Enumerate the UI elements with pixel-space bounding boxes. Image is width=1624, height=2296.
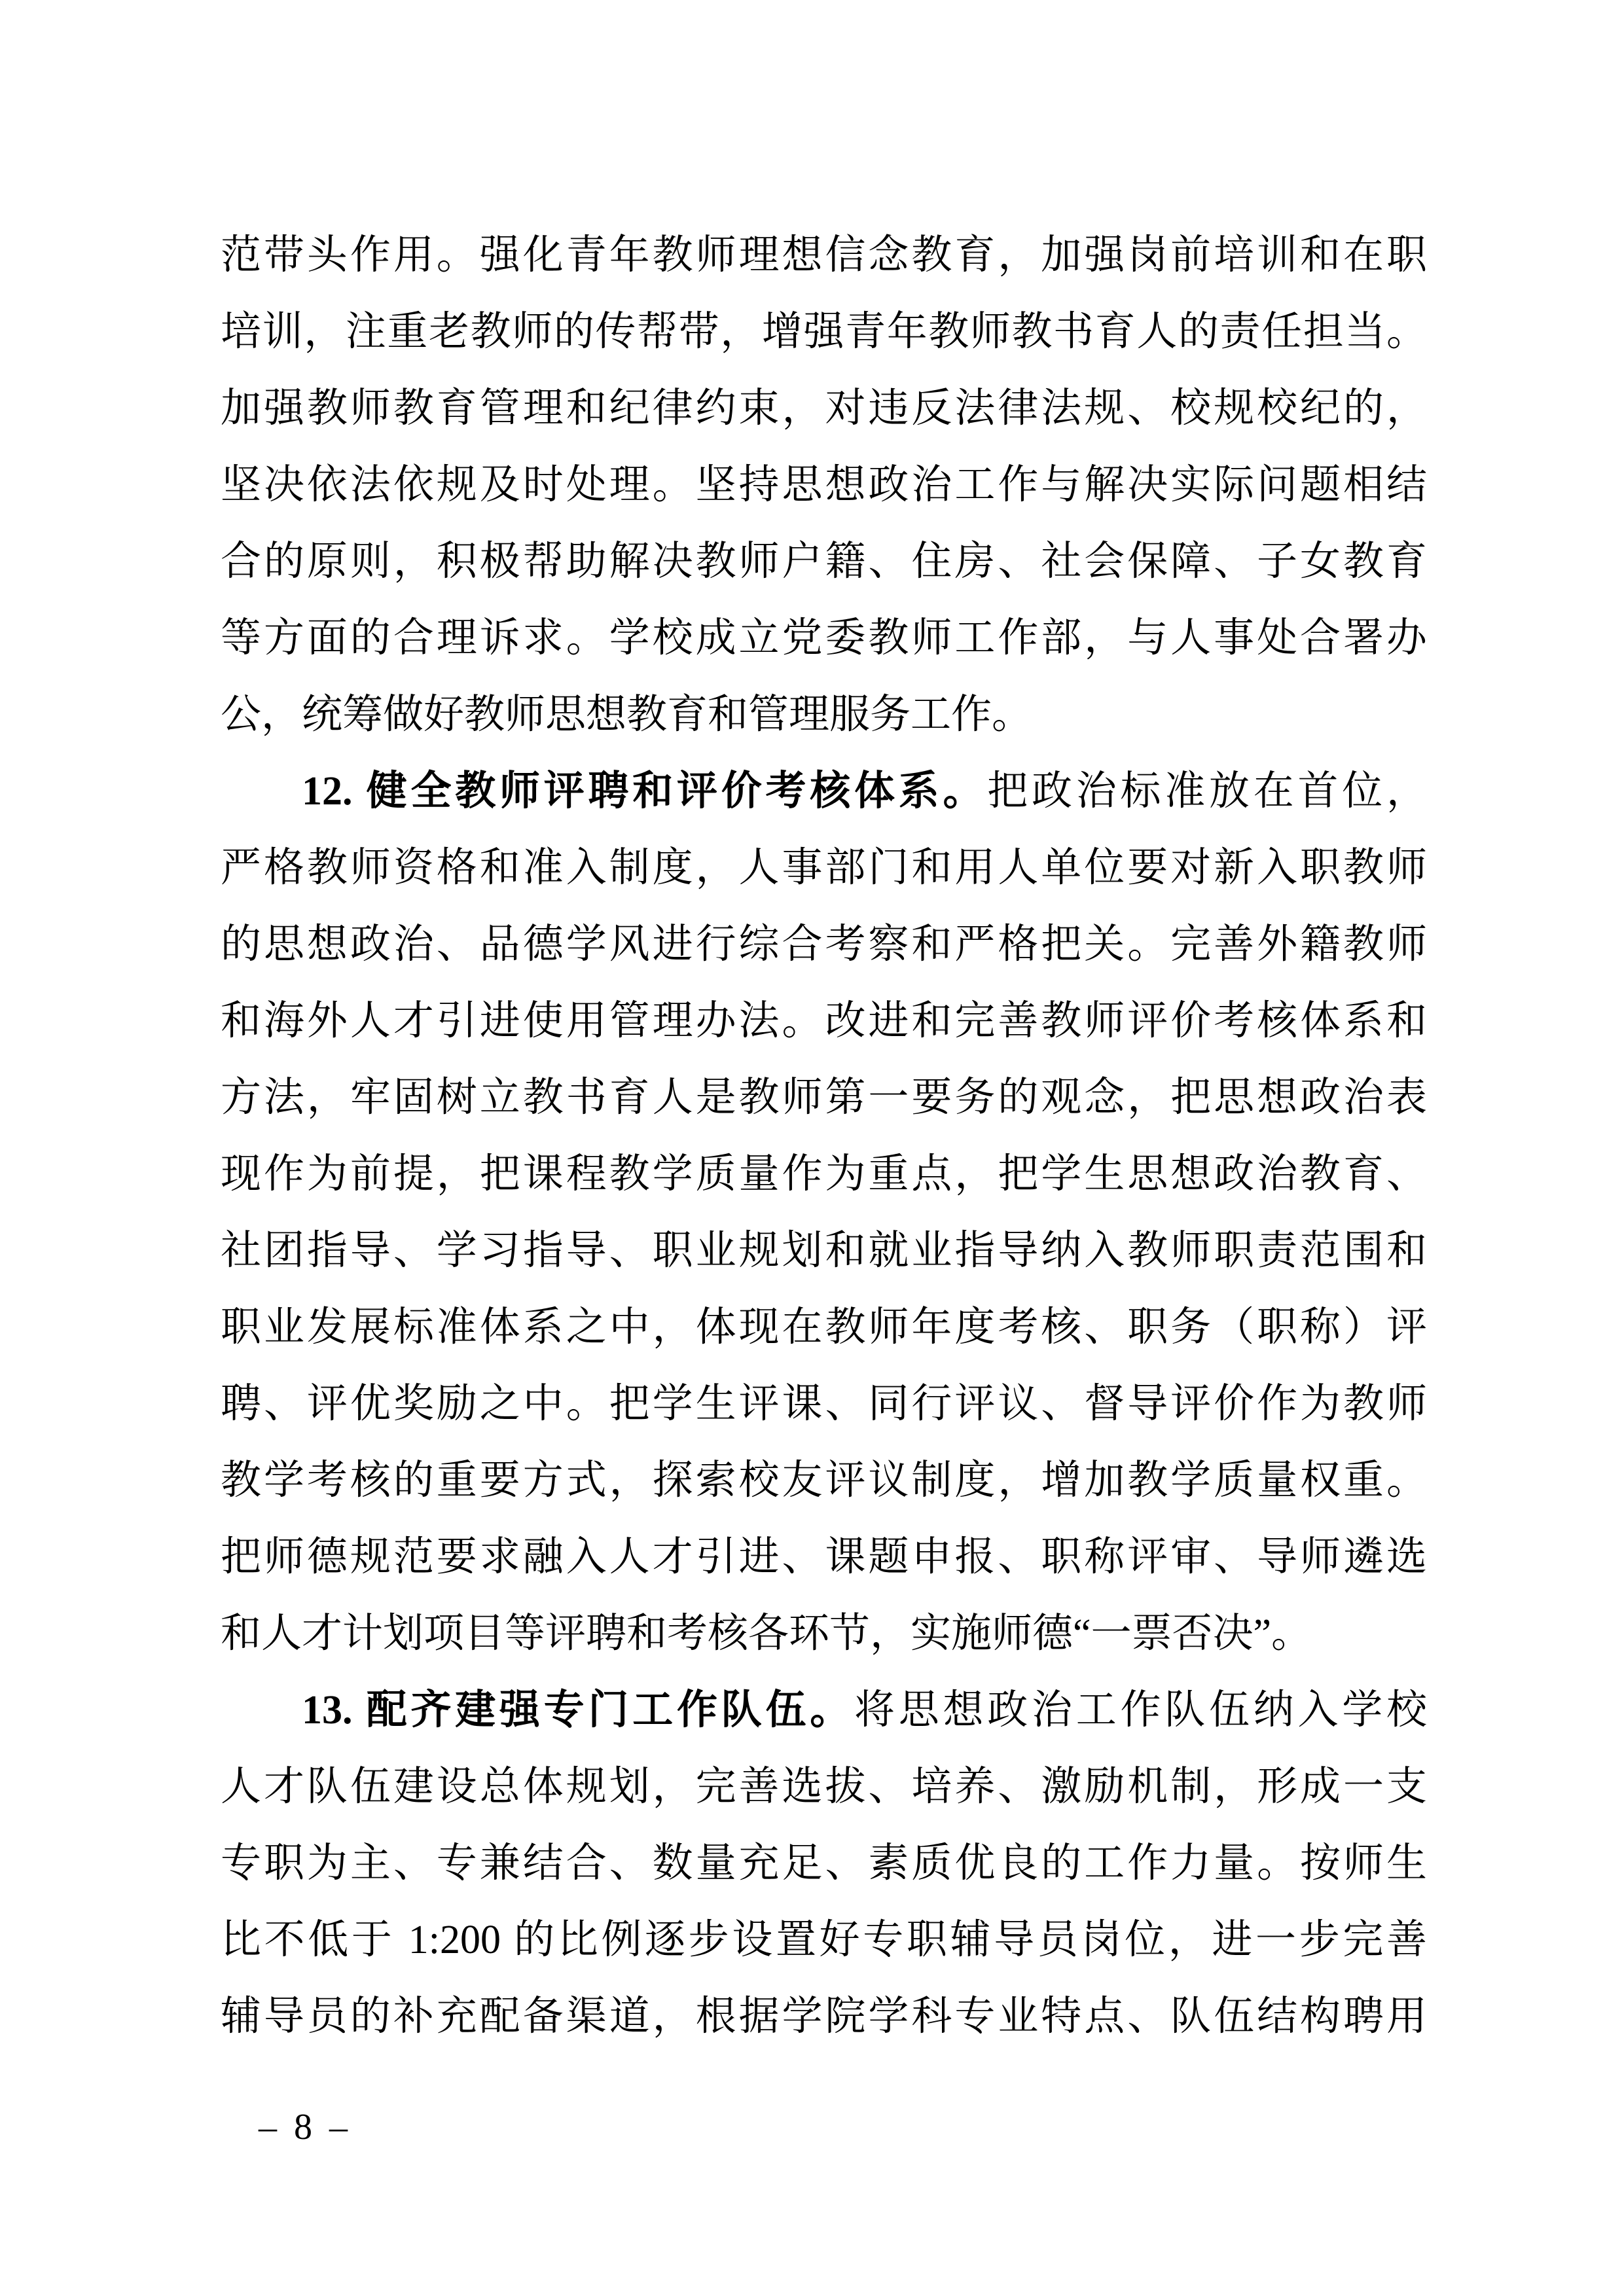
text-line: 和海外人才引进使用管理办法。改进和完善教师评价考核体系和 bbox=[221, 983, 1427, 1060]
line-text: 的思想政治、品德学风进行综合考察和严格把关。完善外籍教师 bbox=[221, 922, 1427, 967]
text-line: 方法，牢固树立教书育人是教师第一要务的观念，把思想政治表 bbox=[221, 1060, 1427, 1136]
page: 范带头作用。强化青年教师理想信念教育，加强岗前培训和在职 培训，注重老教师的传帮… bbox=[0, 0, 1624, 2296]
line-text: 聘、评优奖励之中。把学生评课、同行评议、督导评价作为教师 bbox=[221, 1382, 1427, 1426]
text-line: 聘、评优奖励之中。把学生评课、同行评议、督导评价作为教师 bbox=[221, 1366, 1427, 1443]
text-line: 专职为主、专兼结合、数量充足、素质优良的工作力量。按师生 bbox=[221, 1825, 1427, 1902]
text-line: 辅导员的补充配备渠道，根据学院学科专业特点、队伍结构聘用 bbox=[221, 1979, 1427, 2055]
text-line: 比不低于 1:200 的比例逐步设置好专职辅导员岗位，进一步完善 bbox=[221, 1902, 1427, 1979]
document-page: { "page": { "background": "#ffffff", "te… bbox=[0, 0, 1624, 2296]
text-line: 职业发展标准体系之中，体现在教师年度考核、职务（职称）评 bbox=[221, 1289, 1427, 1366]
text-line: 合的原则，积极帮助解决教师户籍、住房、社会保障、子女教育 bbox=[221, 524, 1427, 600]
line-text: 社团指导、学习指导、职业规划和就业指导纳入教师职责范围和 bbox=[221, 1229, 1427, 1273]
line-text: 专职为主、专兼结合、数量充足、素质优良的工作力量。按师生 bbox=[221, 1841, 1427, 1886]
section-13-heading-line: 13. 配齐建强专门工作队伍。将思想政治工作队伍纳入学校 bbox=[221, 1672, 1427, 1749]
line-text: 坚决依法依规及时处理。坚持思想政治工作与解决实际问题相结 bbox=[221, 463, 1427, 507]
text-line: 人才队伍建设总体规划，完善选拔、培养、激励机制，形成一支 bbox=[221, 1749, 1427, 1825]
line-text: 比不低于 1:200 的比例逐步设置好专职辅导员岗位，进一步完善 bbox=[221, 1918, 1427, 1962]
section-12-heading-line: 12. 健全教师评聘和评价考核体系。把政治标准放在首位， bbox=[221, 753, 1427, 830]
text-line: 把师德规范要求融入人才引进、课题申报、职称评审、导师遴选 bbox=[221, 1519, 1427, 1596]
text-line: 的思想政治、品德学风进行综合考察和严格把关。完善外籍教师 bbox=[221, 906, 1427, 983]
text-line: 社团指导、学习指导、职业规划和就业指导纳入教师职责范围和 bbox=[221, 1213, 1427, 1289]
line-text: 范带头作用。强化青年教师理想信念教育，加强岗前培训和在职 bbox=[221, 233, 1427, 278]
text-line: 公，统筹做好教师思想教育和管理服务工作。 bbox=[221, 677, 1427, 753]
text-line: 现作为前提，把课程教学质量作为重点，把学生思想政治教育、 bbox=[221, 1136, 1427, 1213]
line-text: 人才队伍建设总体规划，完善选拔、培养、激励机制，形成一支 bbox=[221, 1765, 1427, 1809]
line-text: 和海外人才引进使用管理办法。改进和完善教师评价考核体系和 bbox=[221, 999, 1427, 1043]
line-text: 把师德规范要求融入人才引进、课题申报、职称评审、导师遴选 bbox=[221, 1535, 1427, 1579]
text-line: 培训，注重老教师的传帮带，增强青年教师教书育人的责任担当。 bbox=[221, 294, 1427, 370]
text-line: 加强教师教育管理和纪律约束，对违反法律法规、校规校纪的， bbox=[221, 370, 1427, 447]
line-text: 严格教师资格和准入制度，人事部门和用人单位要对新入职教师 bbox=[221, 846, 1427, 890]
text-line: 严格教师资格和准入制度，人事部门和用人单位要对新入职教师 bbox=[221, 830, 1427, 906]
text-block: 范带头作用。强化青年教师理想信念教育，加强岗前培训和在职 培训，注重老教师的传帮… bbox=[221, 217, 1427, 2055]
text-line: 教学考核的重要方式，探索校友评议制度，增加教学质量权重。 bbox=[221, 1443, 1427, 1519]
line-text: 现作为前提，把课程教学质量作为重点，把学生思想政治教育、 bbox=[221, 1152, 1427, 1196]
line-text: 和人才计划项目等评聘和考核各环节，实施师德“一票否决”。 bbox=[221, 1611, 1312, 1656]
line-text: 合的原则，积极帮助解决教师户籍、住房、社会保障、子女教育 bbox=[221, 539, 1427, 584]
page-number: – 8 – bbox=[259, 2109, 352, 2145]
section-13-heading: 13. 配齐建强专门工作队伍。 bbox=[302, 1688, 854, 1732]
text-line: 坚决依法依规及时处理。坚持思想政治工作与解决实际问题相结 bbox=[221, 447, 1427, 524]
line-text: 教学考核的重要方式，探索校友评议制度，增加教学质量权重。 bbox=[221, 1458, 1427, 1503]
line-text: 公，统筹做好教师思想教育和管理服务工作。 bbox=[221, 692, 1032, 737]
text-line: 和人才计划项目等评聘和考核各环节，实施师德“一票否决”。 bbox=[221, 1596, 1427, 1672]
line-text: 将思想政治工作队伍纳入学校 bbox=[854, 1688, 1427, 1732]
line-text: 培训，注重老教师的传帮带，增强青年教师教书育人的责任担当。 bbox=[221, 310, 1427, 354]
section-12-heading: 12. 健全教师评聘和评价考核体系。 bbox=[302, 769, 987, 814]
text-line: 等方面的合理诉求。学校成立党委教师工作部，与人事处合署办 bbox=[221, 600, 1427, 677]
line-text: 职业发展标准体系之中，体现在教师年度考核、职务（职称）评 bbox=[221, 1305, 1427, 1350]
line-text: 加强教师教育管理和纪律约束，对违反法律法规、校规校纪的， bbox=[221, 386, 1427, 431]
line-text: 把政治标准放在首位， bbox=[987, 769, 1427, 814]
line-text: 方法，牢固树立教书育人是教师第一要务的观念，把思想政治表 bbox=[221, 1075, 1427, 1120]
line-text: 辅导员的补充配备渠道，根据学院学科专业特点、队伍结构聘用 bbox=[221, 1994, 1427, 2039]
line-text: 等方面的合理诉求。学校成立党委教师工作部，与人事处合署办 bbox=[221, 616, 1427, 660]
text-line: 范带头作用。强化青年教师理想信念教育，加强岗前培训和在职 bbox=[221, 217, 1427, 294]
